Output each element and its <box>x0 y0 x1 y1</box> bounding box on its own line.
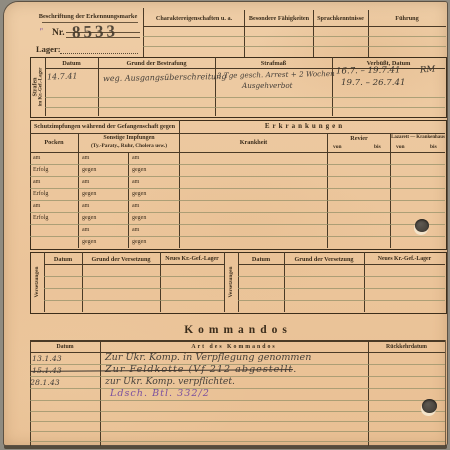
stamp-rule <box>66 32 140 33</box>
divider <box>445 340 446 446</box>
strafen-entry-strafmass-line2: Ausgehverbot <box>242 81 293 90</box>
versetzungen-col-grund: Grund der Versetzung <box>285 256 363 263</box>
lazarett-von-label: von <box>396 144 405 150</box>
col-sonstige-impfungen-line1: Sonstige Impfungen <box>80 135 178 141</box>
col-lazarett-krankenhaus: Lazarett — Krankenhaus <box>391 135 445 140</box>
impfungen-title: Schutzimpfungen während der Gefangenscha… <box>32 123 177 130</box>
divider <box>78 133 79 248</box>
strafen-col-grund: Grund der Bestrafung <box>99 60 214 67</box>
rule <box>30 441 445 442</box>
rule <box>30 200 445 201</box>
strafen-entry-datum: 14.7.41 <box>47 71 78 81</box>
row-label-am: am <box>82 203 89 209</box>
row-label-gegen: gegen <box>82 239 96 245</box>
rule <box>30 400 445 401</box>
rule <box>30 212 445 213</box>
row-label-am: am <box>33 203 40 209</box>
rule <box>30 164 445 165</box>
rule <box>143 26 446 27</box>
rule <box>30 188 445 189</box>
col-charaktereigenschaften: Charaktereigenschaften u. a. <box>145 15 243 22</box>
rule <box>30 133 445 134</box>
versetzungen-side-label-left: Versetzungen <box>34 267 40 298</box>
rule <box>30 421 445 422</box>
rule <box>44 300 224 301</box>
divider <box>390 133 391 248</box>
revier-bis-label: bis <box>374 144 381 150</box>
versetzungen-col-datum: Datum <box>239 256 283 263</box>
rule <box>238 300 445 301</box>
kommandos-title: Kommandos <box>128 324 348 336</box>
kommando-row-text-purple: Ldsch. Btl. 332/2 <box>110 388 210 399</box>
section-divider <box>179 120 180 248</box>
versetzungen-col-grund: Grund der Versetzung <box>83 256 159 263</box>
rule <box>30 340 445 342</box>
rule <box>30 388 445 389</box>
col-krankheit: Krankheit <box>181 139 326 146</box>
rule <box>143 36 446 37</box>
scanned-record-card: Beschriftung der Erkennungsmarke ʺ Nr. 8… <box>0 0 450 450</box>
col-pocken: Pocken <box>31 139 77 146</box>
row-label-am: am <box>33 179 40 185</box>
kommando-row-datum: 28.1.43 <box>30 378 60 387</box>
versetzungen-col-datum: Datum <box>45 256 81 263</box>
row-label-gegen: gegen <box>82 215 96 221</box>
revier-von-label: von <box>333 144 342 150</box>
rule <box>143 46 446 47</box>
row-label-am: am <box>132 155 139 161</box>
versetzungen-col-neues-lager: Neues Kr.-Gef.-Lager <box>161 256 223 262</box>
row-label-erfolg: Erfolg <box>33 215 48 221</box>
row-label-am: am <box>82 155 89 161</box>
col-sprachkenntnisse: Sprachkenntnisse <box>314 15 367 22</box>
strafen-entry-verbuesst-signature: RM <box>420 64 436 75</box>
kommando-row-text: zur Ukr. Komp. verpflichtet. <box>105 376 235 387</box>
row-label-erfolg: Erfolg <box>33 191 48 197</box>
row-label-am: am <box>33 155 40 161</box>
row-label-erfolg: Erfolg <box>33 167 48 173</box>
row-label-gegen: gegen <box>132 191 146 197</box>
rule <box>44 276 224 277</box>
rule <box>45 107 445 108</box>
erkennungsmarke-label: Beschriftung der Erkennungsmarke <box>36 13 140 20</box>
erkrankungen-title: Erkrankungen <box>205 122 405 130</box>
strafen-col-strafmass: Strafmaß <box>216 60 331 67</box>
divider <box>143 8 144 57</box>
lager-label: Lager: <box>36 44 61 54</box>
rule <box>30 152 445 153</box>
divider <box>327 133 328 248</box>
strafen-col-datum: Datum <box>46 60 97 67</box>
rule <box>238 264 445 265</box>
col-fuehrung: Führung <box>369 15 445 22</box>
row-label-am: am <box>132 203 139 209</box>
purple-tick-mark: ʺ <box>39 26 45 37</box>
kommando-row-text: Zur Ukr. Komp. in Verpflegung genommen <box>105 352 311 363</box>
row-label-gegen: gegen <box>132 215 146 221</box>
row-label-gegen: gegen <box>82 191 96 197</box>
rule <box>30 376 445 377</box>
rule <box>238 276 445 277</box>
kommandos-col-rueckkehrdatum: Rückkehrdatum <box>369 344 444 350</box>
row-label-am: am <box>82 179 89 185</box>
stamp-rule <box>66 37 140 38</box>
rule <box>45 97 445 98</box>
kommando-row-datum: 13.1.43 <box>32 354 62 363</box>
row-label-am: am <box>82 227 89 233</box>
rule <box>30 236 445 237</box>
hole-punch-bottom <box>422 399 437 413</box>
rule <box>44 288 224 289</box>
divider <box>244 10 245 57</box>
kommandos-col-datum: Datum <box>31 344 99 350</box>
row-label-gegen: gegen <box>132 167 146 173</box>
row-label-gegen: gegen <box>132 239 146 245</box>
rule <box>30 224 445 225</box>
nr-label: Nr. <box>52 28 65 38</box>
strafen-side-label: Strafen im Kr.-Gef.-Lager <box>32 68 44 107</box>
card-content: Beschriftung der Erkennungsmarke ʺ Nr. 8… <box>0 0 450 450</box>
row-label-am: am <box>132 227 139 233</box>
col-sonstige-impfungen-line2: (Ty.-Paraty., Ruhr, Cholera usw.) <box>80 143 178 149</box>
rule <box>30 431 445 432</box>
strafen-entry-verbuesst-line2: 19.7. – 26.7.41 <box>341 78 405 88</box>
rule <box>44 264 224 265</box>
lager-blank-line <box>60 44 138 54</box>
col-besondere-faehigkeiten: Besondere Fähigkeiten <box>246 15 312 22</box>
versetzungen-col-neues-lager: Neues Kr.-Gef.-Lager <box>365 256 444 262</box>
kommandos-col-art: Art des Kommandos <box>101 344 367 350</box>
rule <box>30 176 445 177</box>
col-revier: Revier <box>329 135 389 142</box>
rule <box>30 411 445 412</box>
divider <box>224 252 225 312</box>
row-label-gegen: gegen <box>82 167 96 173</box>
versetzungen-side-label-middle: Versetzungen <box>228 267 234 298</box>
lazarett-bis-label: bis <box>430 144 437 150</box>
hole-punch-top <box>415 219 429 232</box>
row-label-am: am <box>132 179 139 185</box>
strafen-entry-verbuesst-line1: 16.7. – 19.7.41 <box>336 65 401 76</box>
rule <box>238 288 445 289</box>
